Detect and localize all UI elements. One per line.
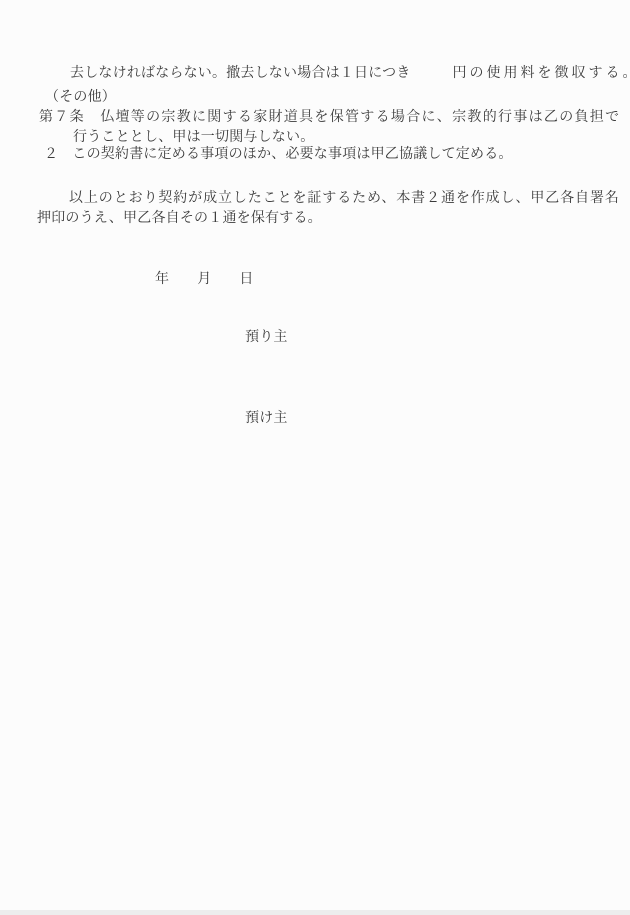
article-7-line-1: 第７条 仏壇等の宗教に関する家財道具を保管する場合に、宗教的行事は乙の負担で bbox=[39, 107, 620, 127]
closing-statement-line-2: 押印のうえ、甲乙各自その１通を保有する。 bbox=[37, 208, 322, 228]
date-day-label: 日 bbox=[239, 269, 253, 289]
date-month-blank bbox=[211, 269, 239, 289]
removal-clause-text-right: 円の使用料を徴収する。 bbox=[453, 63, 630, 83]
other-provisions-heading: （その他） bbox=[45, 87, 116, 107]
date-month-label: 月 bbox=[197, 269, 211, 289]
signature-depositor-label: 預け主 bbox=[245, 408, 288, 428]
date-line: 年 月 日 bbox=[155, 269, 254, 289]
closing-statement-line-1: 以上のとおり契約が成立したことを証するため、本書２通を作成し、甲乙各自署名 bbox=[69, 188, 620, 208]
removal-clause-text-left: 去しなければならない。撤去しない場合は１日につき bbox=[70, 63, 411, 83]
contract-document-page: 去しなければならない。撤去しない場合は１日につき 円の使用料を徴収する。 （その… bbox=[0, 0, 630, 915]
article-7-paragraph-2: ２ この契約書に定める事項のほか、必要な事項は甲乙協議して定める。 bbox=[44, 144, 513, 164]
body-line-removal-clause: 去しなければならない。撤去しない場合は１日につき 円の使用料を徴収する。 bbox=[70, 63, 622, 83]
signature-custodian-label: 預り主 bbox=[245, 327, 288, 347]
date-year-label: 年 bbox=[155, 269, 169, 289]
date-year-blank bbox=[169, 269, 197, 289]
page-bottom-edge bbox=[0, 910, 630, 915]
